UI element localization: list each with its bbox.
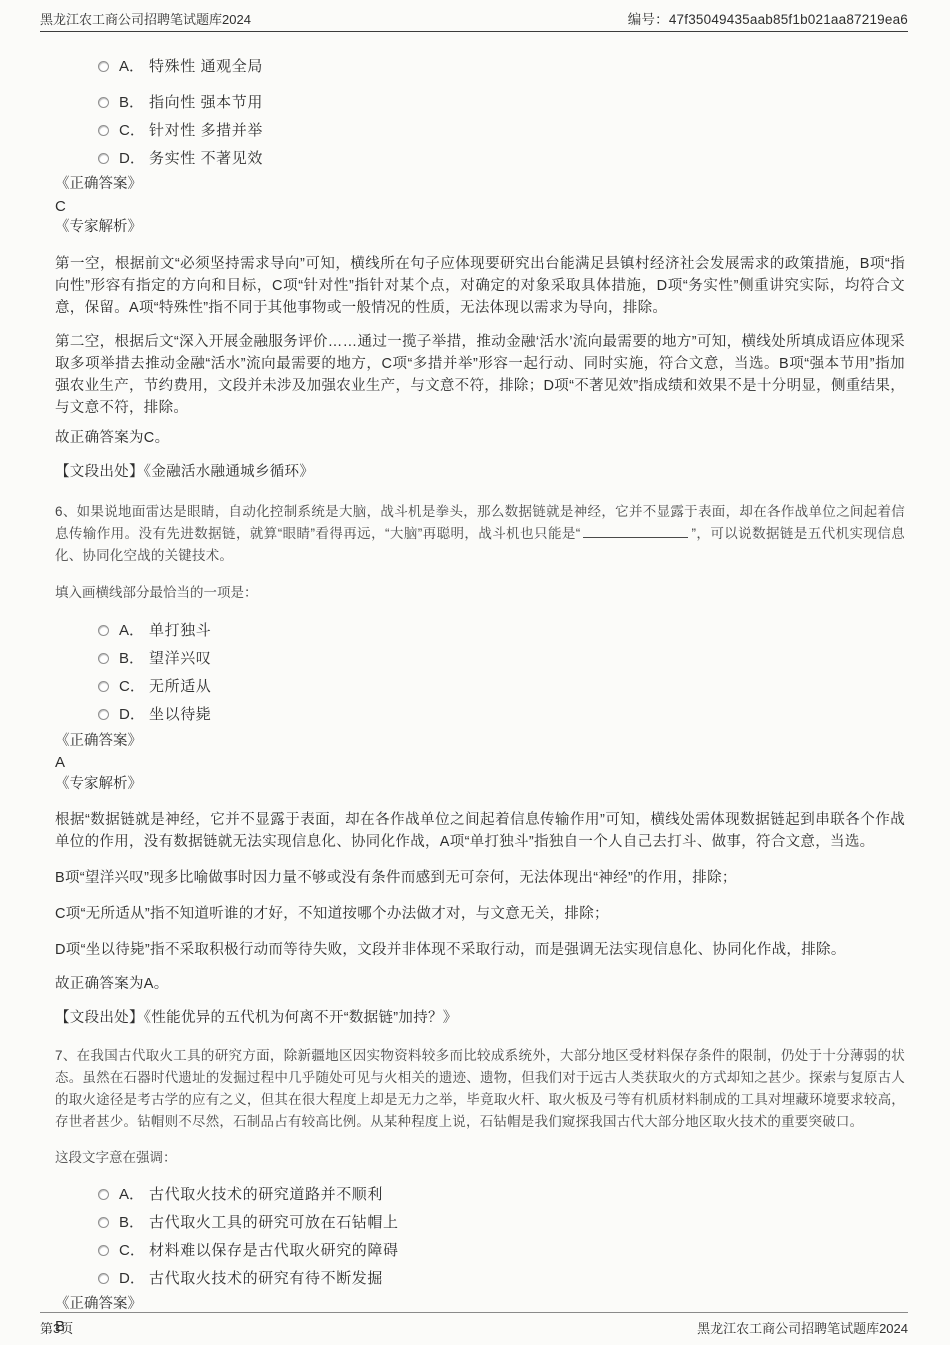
analysis-paragraph: 第二空，根据后文“深入开展金融服务评价……通过一揽子举措，推动金融‘活水’流向最… — [55, 331, 905, 419]
radio-icon[interactable] — [98, 681, 109, 692]
option-letter: C． — [119, 675, 149, 696]
option-text: 古代取火技术的研究道路并不顺利 — [149, 1183, 383, 1204]
conclusion: 故正确答案为C。 — [55, 427, 905, 449]
option-letter: B． — [119, 91, 149, 112]
source-note: 【文段出处】《金融活水融通城乡循环》 — [55, 461, 905, 483]
question-prompt: 这段文字意在强调： — [55, 1146, 905, 1166]
radio-icon[interactable] — [98, 1273, 109, 1284]
option-row: A． 特殊性 通观全局 — [98, 56, 905, 74]
analysis-heading: 《专家解析》 — [55, 774, 905, 796]
conclusion: 故正确答案为A。 — [55, 973, 905, 995]
document-page: 黑龙江农工商公司招聘笔试题库2024 编号：47f35049435aab85f1… — [0, 0, 950, 1345]
header-title: 黑龙江农工商公司招聘笔试题库2024 — [40, 9, 251, 28]
option-letter: B． — [119, 647, 149, 668]
option-row: C． 材料难以保存是古代取火研究的障碍 — [98, 1240, 905, 1258]
option-row: B． 古代取火工具的研究可放在石钻帽上 — [98, 1212, 905, 1230]
doc-code-label: 编号： — [628, 12, 669, 27]
radio-icon[interactable] — [98, 625, 109, 636]
radio-icon[interactable] — [98, 125, 109, 136]
page-number: 第3页 — [40, 1318, 73, 1337]
radio-icon[interactable] — [98, 1189, 109, 1200]
analysis-heading: 《专家解析》 — [55, 217, 905, 239]
option-row: B． 望洋兴叹 — [98, 649, 905, 667]
option-text: 单打独斗 — [149, 619, 211, 640]
page-footer: 第3页 黑龙江农工商公司招聘笔试题库2024 — [40, 1312, 908, 1337]
question-stem: 7、在我国古代取火工具的研究方面，除新疆地区因实物资料较多而比较成系统外，大部分… — [55, 1045, 905, 1133]
option-text: 特殊性 通观全局 — [149, 55, 263, 76]
analysis-paragraph: 第一空，根据前文“必须坚持需求导向”可知，横线所在句子应体现要研究出台能满足县镇… — [55, 253, 905, 319]
option-row: A． 单打独斗 — [98, 621, 905, 639]
analysis-paragraph: D项“坐以待毙”指不采取积极行动而等待失败，文段并非体现不采取行动，而是强调无法… — [55, 939, 905, 961]
option-text: 望洋兴叹 — [149, 647, 211, 668]
answer-heading: 《正确答案》 — [55, 174, 905, 196]
option-letter: A． — [119, 1183, 149, 1204]
answer-value: C — [55, 196, 905, 218]
option-letter: D． — [119, 703, 149, 724]
option-row: D． 古代取火技术的研究有待不断发掘 — [98, 1268, 905, 1286]
page-header: 黑龙江农工商公司招聘笔试题库2024 编号：47f35049435aab85f1… — [40, 8, 908, 32]
option-letter: B． — [119, 1211, 149, 1232]
radio-icon[interactable] — [98, 1245, 109, 1256]
question-prompt: 填入画横线部分最恰当的一项是： — [55, 581, 905, 601]
option-letter: A． — [119, 55, 149, 76]
option-text: 务实性 不著见效 — [149, 147, 263, 168]
option-text: 无所适从 — [149, 675, 211, 696]
question-stem: 6、如果说地面雷达是眼睛，自动化控制系统是大脑，战斗机是拳头，那么数据链就是神经… — [55, 501, 905, 567]
option-text: 古代取火技术的研究有待不断发掘 — [149, 1267, 383, 1288]
option-letter: D． — [119, 147, 149, 168]
answer-value: A — [55, 752, 905, 774]
radio-icon[interactable] — [98, 709, 109, 720]
radio-icon[interactable] — [98, 1217, 109, 1228]
analysis-paragraph: C项“无所适从”指不知道听谁的才好，不知道按哪个办法做才对，与文意无关，排除； — [55, 903, 905, 925]
radio-icon[interactable] — [98, 61, 109, 72]
option-letter: D． — [119, 1267, 149, 1288]
option-text: 针对性 多措并举 — [149, 119, 263, 140]
doc-code-value: 47f35049435aab85f1b021aa87219ea6 — [669, 12, 908, 27]
option-letter: C． — [119, 119, 149, 140]
answer-heading: 《正确答案》 — [55, 731, 905, 753]
option-row: D． 坐以待毙 — [98, 705, 905, 723]
option-letter: A． — [119, 619, 149, 640]
radio-icon[interactable] — [98, 653, 109, 664]
analysis-paragraph: B项“望洋兴叹”现多比喻做事时因力量不够或没有条件而感到无可奈何，无法体现出“神… — [55, 867, 905, 889]
option-text: 坐以待毙 — [149, 703, 211, 724]
option-row: A． 古代取火技术的研究道路并不顺利 — [98, 1184, 905, 1202]
option-letter: C． — [119, 1239, 149, 1260]
option-text: 指向性 强本节用 — [149, 91, 263, 112]
blank-underline — [583, 525, 688, 538]
page-body: A． 特殊性 通观全局 B． 指向性 强本节用 C． 针对性 多措并举 D． 务… — [0, 56, 950, 1337]
option-text: 古代取火工具的研究可放在石钻帽上 — [149, 1211, 399, 1232]
source-note: 【文段出处】《性能优异的五代机为何离不开“数据链”加持？》 — [55, 1007, 905, 1029]
footer-title: 黑龙江农工商公司招聘笔试题库2024 — [697, 1318, 908, 1337]
option-row: C． 针对性 多措并举 — [98, 120, 905, 138]
doc-code: 编号：47f35049435aab85f1b021aa87219ea6 — [628, 8, 908, 28]
radio-icon[interactable] — [98, 153, 109, 164]
option-row: C． 无所适从 — [98, 677, 905, 695]
radio-icon[interactable] — [98, 97, 109, 108]
option-row: B． 指向性 强本节用 — [98, 92, 905, 110]
option-row: D． 务实性 不著见效 — [98, 148, 905, 166]
option-text: 材料难以保存是古代取火研究的障碍 — [149, 1239, 399, 1260]
analysis-paragraph: 根据“数据链就是神经，它并不显露于表面，却在各作战单位之间起着信息传输作用”可知… — [55, 809, 905, 853]
